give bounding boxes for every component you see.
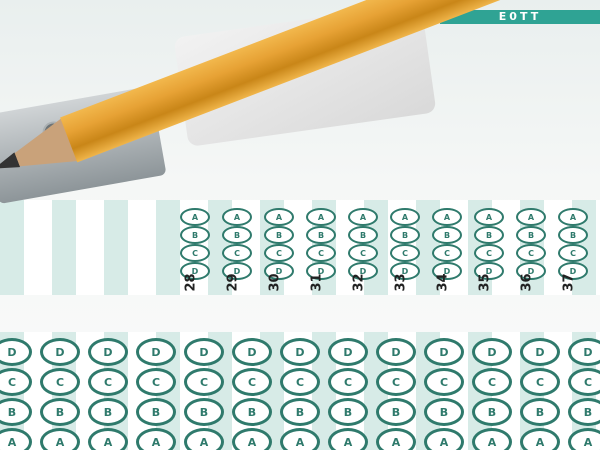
answer-bubble: C	[180, 244, 210, 262]
answer-bubble: C	[558, 244, 588, 262]
question-number: 33	[394, 273, 409, 291]
question-number: 28	[184, 273, 199, 291]
answer-bubble: A	[432, 208, 462, 226]
answer-bubble: C	[474, 244, 504, 262]
answer-bubble: A	[516, 208, 546, 226]
answer-bubble: B	[424, 398, 464, 426]
answer-bubble: B	[390, 226, 420, 244]
photo-scene: E0TT DCBADCBADCBADCBADCBADCBADCBADCBADCB…	[0, 0, 600, 450]
answer-bubble: B	[568, 398, 600, 426]
answer-bubble: C	[390, 244, 420, 262]
answer-bubble: B	[348, 226, 378, 244]
answer-bubble: D	[280, 338, 320, 366]
answer-bubble: B	[474, 226, 504, 244]
question-number: 36	[520, 273, 535, 291]
answer-bubble: B	[328, 398, 368, 426]
answer-bubble: C	[568, 368, 600, 396]
answer-bubble: C	[432, 244, 462, 262]
answer-bubble: A	[280, 428, 320, 450]
answer-bubble: D	[232, 338, 272, 366]
answer-bubble: C	[328, 368, 368, 396]
question-number: 30	[268, 273, 283, 291]
answer-bubble: B	[232, 398, 272, 426]
answer-bubble: B	[40, 398, 80, 426]
answer-bubble: A	[390, 208, 420, 226]
answer-bubble: C	[424, 368, 464, 396]
answer-bubble: D	[184, 338, 224, 366]
answer-bubble: A	[348, 208, 378, 226]
answer-bubble: D	[328, 338, 368, 366]
answer-bubble: C	[376, 368, 416, 396]
answer-bubble: A	[40, 428, 80, 450]
question-number: 29	[226, 273, 241, 291]
answer-bubble: D	[376, 338, 416, 366]
answer-bubble: C	[516, 244, 546, 262]
answer-bubble: B	[180, 226, 210, 244]
answer-bubble: A	[306, 208, 336, 226]
question-number: 32	[352, 273, 367, 291]
question-number: 35	[478, 273, 493, 291]
answer-bubble: B	[184, 398, 224, 426]
answer-bubble: C	[136, 368, 176, 396]
answer-bubble: D	[136, 338, 176, 366]
answer-bubble: C	[88, 368, 128, 396]
answer-bubble: B	[516, 226, 546, 244]
answer-bubble: A	[376, 428, 416, 450]
answer-bubble: C	[184, 368, 224, 396]
answer-bubble: B	[376, 398, 416, 426]
answer-bubble: C	[348, 244, 378, 262]
answer-bubble: A	[558, 208, 588, 226]
answer-bubble: B	[136, 398, 176, 426]
answer-bubble: A	[568, 428, 600, 450]
answer-bubble: C	[232, 368, 272, 396]
answer-bubble: A	[180, 208, 210, 226]
answer-bubble: A	[222, 208, 252, 226]
answer-bubble: A	[136, 428, 176, 450]
answer-bubble: C	[520, 368, 560, 396]
answer-bubble: B	[472, 398, 512, 426]
answer-bubble: D	[88, 338, 128, 366]
answer-bubble: B	[88, 398, 128, 426]
answer-bubble: B	[222, 226, 252, 244]
answer-bubble: A	[88, 428, 128, 450]
answer-bubble: B	[264, 226, 294, 244]
answer-bubble: C	[306, 244, 336, 262]
answer-bubble: A	[424, 428, 464, 450]
answer-bubble: B	[520, 398, 560, 426]
answer-bubble: A	[472, 428, 512, 450]
answer-bubble: C	[40, 368, 80, 396]
answer-bubble: A	[232, 428, 272, 450]
answer-bubble: B	[432, 226, 462, 244]
answer-bubble: D	[472, 338, 512, 366]
answer-bubble: D	[424, 338, 464, 366]
answer-bubble: A	[184, 428, 224, 450]
answer-bubble: B	[558, 226, 588, 244]
question-number: 34	[436, 273, 451, 291]
answer-bubble: A	[474, 208, 504, 226]
answer-bubble: D	[40, 338, 80, 366]
answer-bubble: B	[280, 398, 320, 426]
answer-bubble: C	[222, 244, 252, 262]
answer-bubble: A	[328, 428, 368, 450]
answer-bubble: A	[520, 428, 560, 450]
answer-bubble: B	[306, 226, 336, 244]
answer-bubble: C	[264, 244, 294, 262]
question-number: 31	[310, 273, 325, 291]
answer-bubble: A	[264, 208, 294, 226]
upper-bubble-band	[0, 200, 600, 295]
answer-bubble: D	[520, 338, 560, 366]
answer-bubble: C	[280, 368, 320, 396]
answer-bubble: C	[472, 368, 512, 396]
question-number: 37	[562, 273, 577, 291]
answer-bubble: D	[568, 338, 600, 366]
